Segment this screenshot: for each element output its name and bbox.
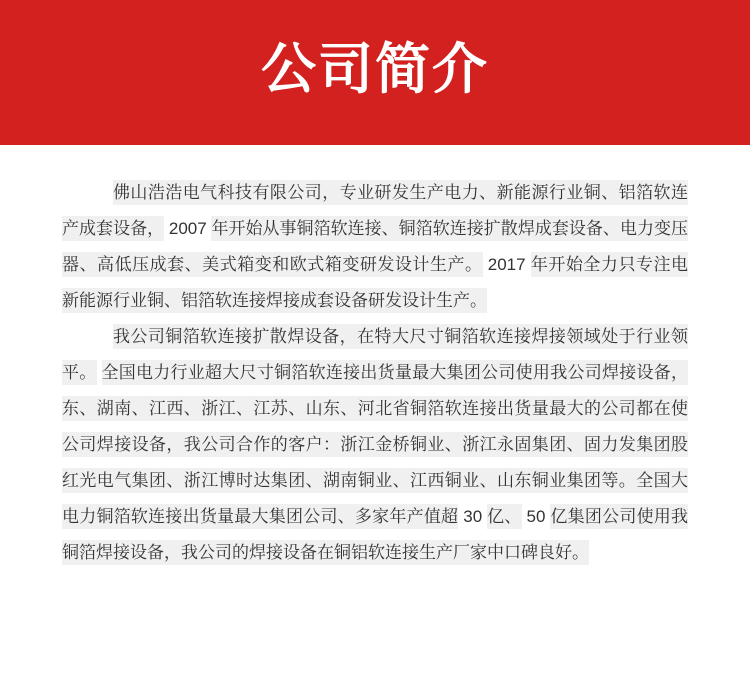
text-line: 电力铜箔软连接出货量最大集团公司、多家年产值超 30 亿、 50 亿集团公司使用… — [62, 499, 688, 535]
highlighted-text: 公司焊接设备，我公司合作的客户：浙江金桥铜业、浙江永固集团、固力发集团股份、 — [62, 432, 688, 463]
highlighted-text: 产成套设备， — [62, 216, 164, 241]
text-line: 产成套设备， 2007 年开始从事铜箔软连接、铜箔软连接扩散焊成套设备、电力变压 — [62, 211, 688, 247]
text-line: 红光电气集团、浙江博时达集团、湖南铜业、江西铜业、山东铜业集团等。全国大尺寸 — [62, 463, 688, 499]
company-intro-text: 佛山浩浩电气科技有限公司，专业研发生产电力、新能源行业铜、铝箔软连接生产成套设备… — [62, 175, 688, 571]
highlighted-text: 亿、 — [487, 504, 521, 529]
plain-text: 50 — [522, 504, 551, 529]
highlighted-text: 年开始从事铜箔软连接、铜箔软连接扩散焊成套设备、电力变压 — [211, 216, 688, 241]
paragraph: 我公司铜箔软连接扩散焊设备，在特大尺寸铜箔软连接焊接领域处于行业领先水平。 全国… — [62, 319, 688, 571]
highlighted-text: 东、湖南、江西、浙江、江苏、山东、河北省铜箔软连接出货量最大的公司都在使用我 — [62, 396, 688, 427]
plain-text: 2017 — [483, 252, 531, 277]
text-line: 公司焊接设备，我公司合作的客户：浙江金桥铜业、浙江永固集团、固力发集团股份、 — [62, 427, 688, 463]
highlighted-text: 平。 — [62, 360, 97, 385]
highlighted-text: 新能源行业铜、铝箔软连接焊接成套设备研发设计生产。 — [62, 288, 487, 313]
highlighted-text: 器、高低压成套、美式箱变和欧式箱变研发设计生产。 — [62, 252, 483, 277]
highlighted-text: 电力铜箔软连接出货量最大集团公司、多家年产值超 — [62, 504, 458, 529]
paragraph: 佛山浩浩电气科技有限公司，专业研发生产电力、新能源行业铜、铝箔软连接生产成套设备… — [62, 175, 688, 319]
text-line: 铜箔焊接设备，我公司的焊接设备在铜铝软连接生产厂家中口碑良好。 — [62, 535, 688, 571]
highlighted-text: 佛山浩浩电气科技有限公司，专业研发生产电力、新能源行业铜、铝箔软连接生 — [62, 180, 688, 211]
highlighted-text: 红光电气集团、浙江博时达集团、湖南铜业、江西铜业、山东铜业集团等。全国大尺寸 — [62, 468, 688, 499]
text-line: 新能源行业铜、铝箔软连接焊接成套设备研发设计生产。 — [62, 283, 688, 319]
plain-text: 30 — [458, 504, 487, 529]
header-banner: 公司简介 — [0, 0, 750, 145]
highlighted-text: 铜箔焊接设备，我公司的焊接设备在铜铝软连接生产厂家中口碑良好。 — [62, 540, 589, 565]
plain-text — [97, 360, 102, 385]
page-title: 公司简介 — [261, 25, 489, 104]
text-line: 器、高低压成套、美式箱变和欧式箱变研发设计生产。 2017 年开始全力只专注电力… — [62, 247, 688, 283]
highlighted-text: 我公司铜箔软连接扩散焊设备，在特大尺寸铜箔软连接焊接领域处于行业领先水 — [62, 324, 688, 355]
text-line: 我公司铜箔软连接扩散焊设备，在特大尺寸铜箔软连接焊接领域处于行业领先水 — [62, 319, 688, 355]
plain-text: 2007 — [164, 216, 211, 241]
highlighted-text: 全国电力行业超大尺寸铜箔软连接出货量最大集团公司使用我公司焊接设备，广 — [62, 360, 688, 391]
text-line: 平。 全国电力行业超大尺寸铜箔软连接出货量最大集团公司使用我公司焊接设备，广 — [62, 355, 688, 391]
text-line: 佛山浩浩电气科技有限公司，专业研发生产电力、新能源行业铜、铝箔软连接生 — [62, 175, 688, 211]
text-line: 东、湖南、江西、浙江、江苏、山东、河北省铜箔软连接出货量最大的公司都在使用我 — [62, 391, 688, 427]
